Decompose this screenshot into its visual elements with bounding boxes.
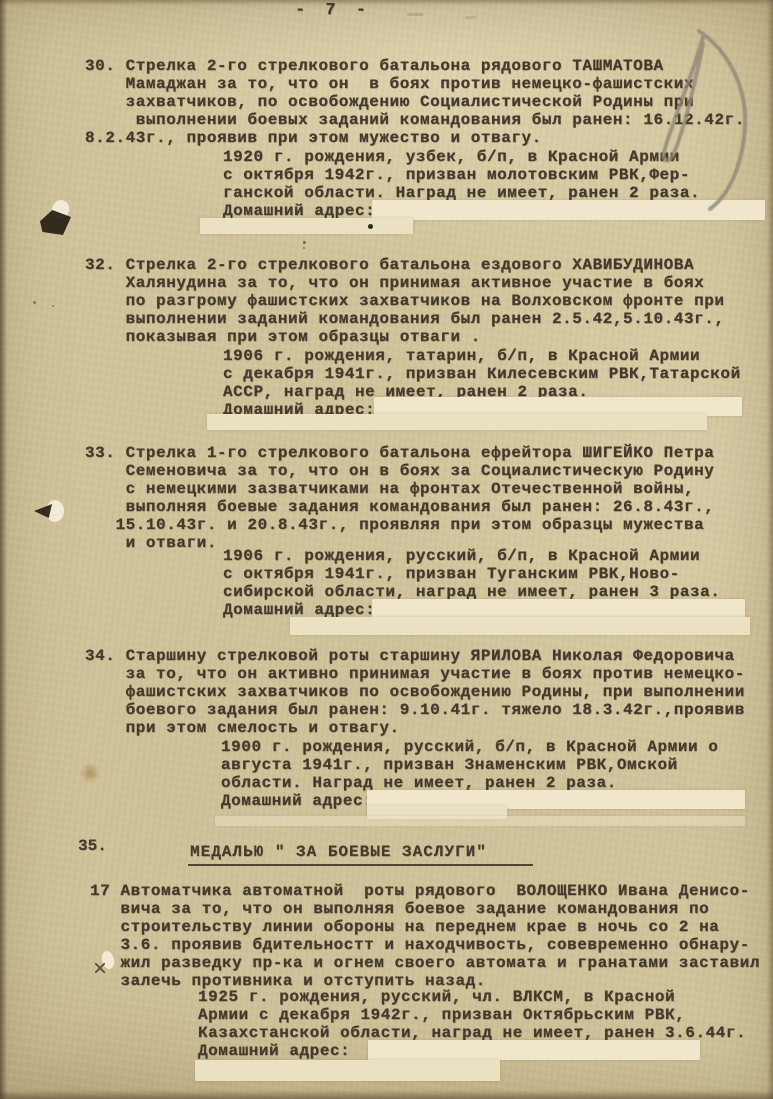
entry-line: при этом смелость и отвагу. [85, 719, 745, 737]
pencil-dash [407, 13, 423, 16]
pencil-dash [465, 16, 477, 19]
entry-line: по разгрому фашистских захватчиков на Во… [85, 292, 725, 310]
redaction-block [200, 218, 413, 234]
entry-line: 3.6. проявив бдительностт и находчивость… [90, 936, 760, 954]
entry-line: показывая при этом образцы отваги . [85, 328, 725, 346]
entry-line: 34. Старшину стрелковой роты старшину ЯР… [85, 647, 745, 665]
entry-line: фашистских захватчиков по освобождению Р… [85, 683, 745, 701]
redaction-block [372, 200, 765, 220]
redaction-block [290, 617, 750, 635]
ink-dot [52, 305, 54, 307]
section-title: МЕДАЛЬЮ " ЗА БОЕВЫЕ ЗАСЛУГИ" [188, 843, 533, 866]
x-mark [95, 963, 105, 973]
entry-line: боевого задания был ранен: 9.10.41г. тяж… [85, 701, 745, 719]
entry-line: с немецкими зазватчиками на фронтах Отеч… [85, 480, 714, 498]
redaction-block [372, 599, 745, 618]
ink-dot [303, 247, 305, 249]
entry-line: 33. Стрелка 1-го стрелкового батальона е… [85, 444, 714, 462]
detail-line: с октября 1941г., призван Туганским РВК,… [223, 565, 720, 583]
entry-line: 17 Автоматчика автоматной роты рядового … [90, 882, 760, 900]
detail-line: 1906 г. рождения, татарин, б/п, в Красно… [223, 347, 741, 365]
section-number: 35. [78, 837, 107, 855]
entry-33: 33. Стрелка 1-го стрелкового батальона е… [85, 444, 714, 552]
entry-line: 32. Стрелка 2-го стрелкового батальона е… [85, 256, 725, 274]
scanned-document-page: - 7 - 30. Стрелка 2-го стрелкового батал… [0, 0, 773, 1099]
entry-line: вича за то, что он выполняя боевое задан… [90, 900, 760, 918]
page-edge [767, 0, 773, 1099]
detail-line: августа 1941г., призван Знаменским РВК,О… [221, 756, 718, 774]
redaction-block [215, 816, 745, 826]
entry-line: строительству линии обороны на переднем … [90, 918, 760, 936]
entry-line: 8.2.43г., проявив при этом мужество и от… [85, 129, 745, 147]
entry-17: 17 Автоматчика автоматной роты рядового … [90, 882, 760, 990]
page-edge [0, 0, 7, 1099]
ink-dot [303, 241, 306, 244]
detail-line: Армии с декабря 1942г., призван Октябрьс… [198, 1006, 746, 1024]
entry-line: захватчиков, по освобождению Социалистич… [85, 93, 745, 111]
stain [80, 762, 100, 784]
detail-line: с декабря 1941г., призван Килесевским РВ… [223, 365, 741, 383]
entry-34: 34. Старшину стрелковой роты старшину ЯР… [85, 647, 745, 737]
page-edge [0, 1090, 773, 1099]
entry-line: выполнении заданий командования был ране… [85, 310, 725, 328]
entry-30: 30. Стрелка 2-го стрелкового батальона р… [85, 57, 745, 147]
entry-line: выполнении боевых заданий командования б… [85, 111, 745, 129]
entry-line: за то, что он активно принимая участие в… [85, 665, 745, 683]
redaction-block [207, 414, 707, 430]
entry-line: Семеновича за то, что он в боях за Социа… [85, 462, 714, 480]
detail-line: 1920 г. рождения, узбек, б/п, в Красной … [223, 148, 700, 166]
redaction-block [195, 1060, 500, 1081]
entry-line: Халянудина за то, что он принимая активн… [85, 274, 725, 292]
entry-line: Мамаджан за то, что он в боях против нем… [85, 75, 745, 93]
entry-line: 30. Стрелка 2-го стрелкового батальона р… [85, 57, 745, 75]
detail-line: 1906 г. рождения, русский, б/п, в Красно… [223, 547, 720, 565]
page-edge [0, 0, 773, 5]
redaction-block [368, 1040, 700, 1060]
ink-dot [33, 301, 36, 304]
ink-dot [368, 224, 373, 229]
detail-line: 1900 г. рождения, русский, б/п, в Красно… [221, 738, 718, 756]
entry-line: выполняя боевые задания командования был… [85, 498, 714, 516]
detail-line: 1925 г. рождения, русский, чл. ВЛКСМ, в … [198, 988, 746, 1006]
detail-line: с октября 1942г., призван молотовским РВ… [223, 166, 700, 184]
entry-32: 32. Стрелка 2-го стрелкового батальона е… [85, 256, 725, 346]
entry-line: 15.10.43г. и 20.8.43г., проявляя при это… [85, 516, 714, 534]
entry-line: жил разведку пр-ка и огнем своего автома… [90, 954, 760, 972]
